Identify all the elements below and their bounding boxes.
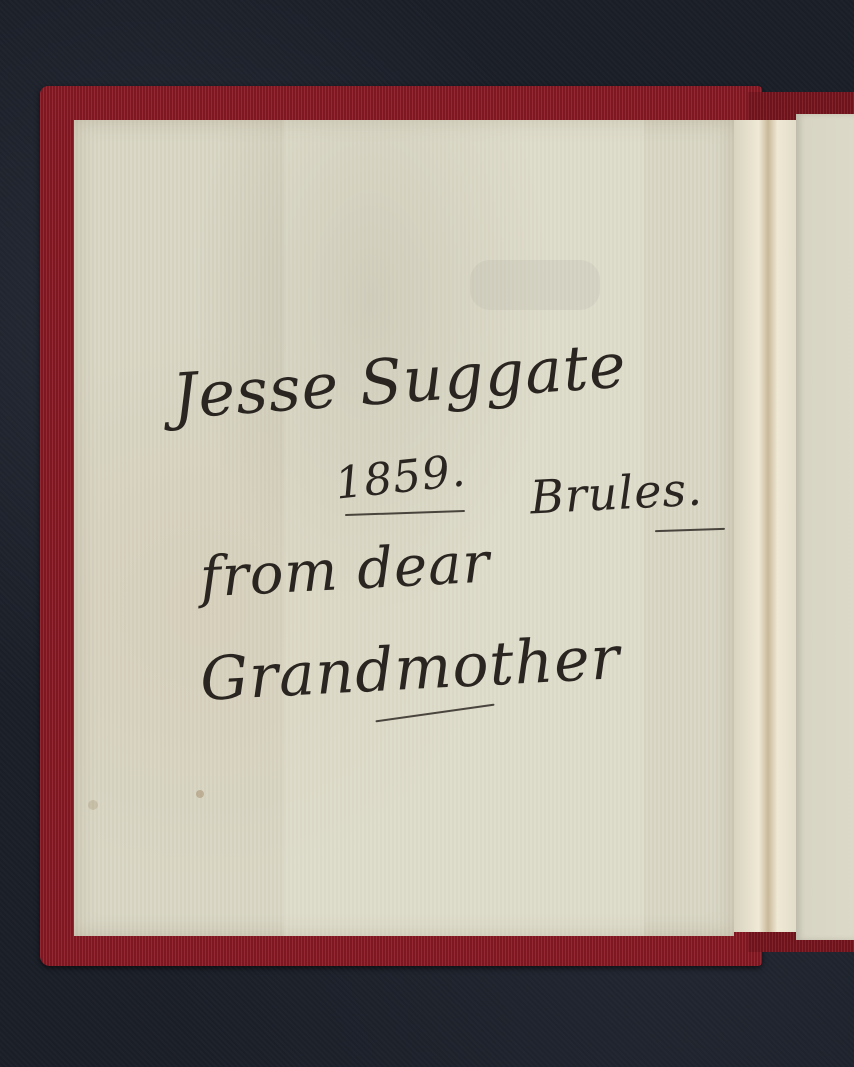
faint-pencil-mark: [470, 260, 600, 310]
foxing-stain: [196, 790, 204, 798]
inscription-place: Brules.: [529, 462, 704, 525]
facing-page: [796, 114, 854, 940]
book-gutter: [734, 120, 796, 932]
paper-discoloration: [284, 120, 644, 936]
foxing-stain: [88, 800, 98, 810]
endpaper-page: [74, 120, 734, 936]
